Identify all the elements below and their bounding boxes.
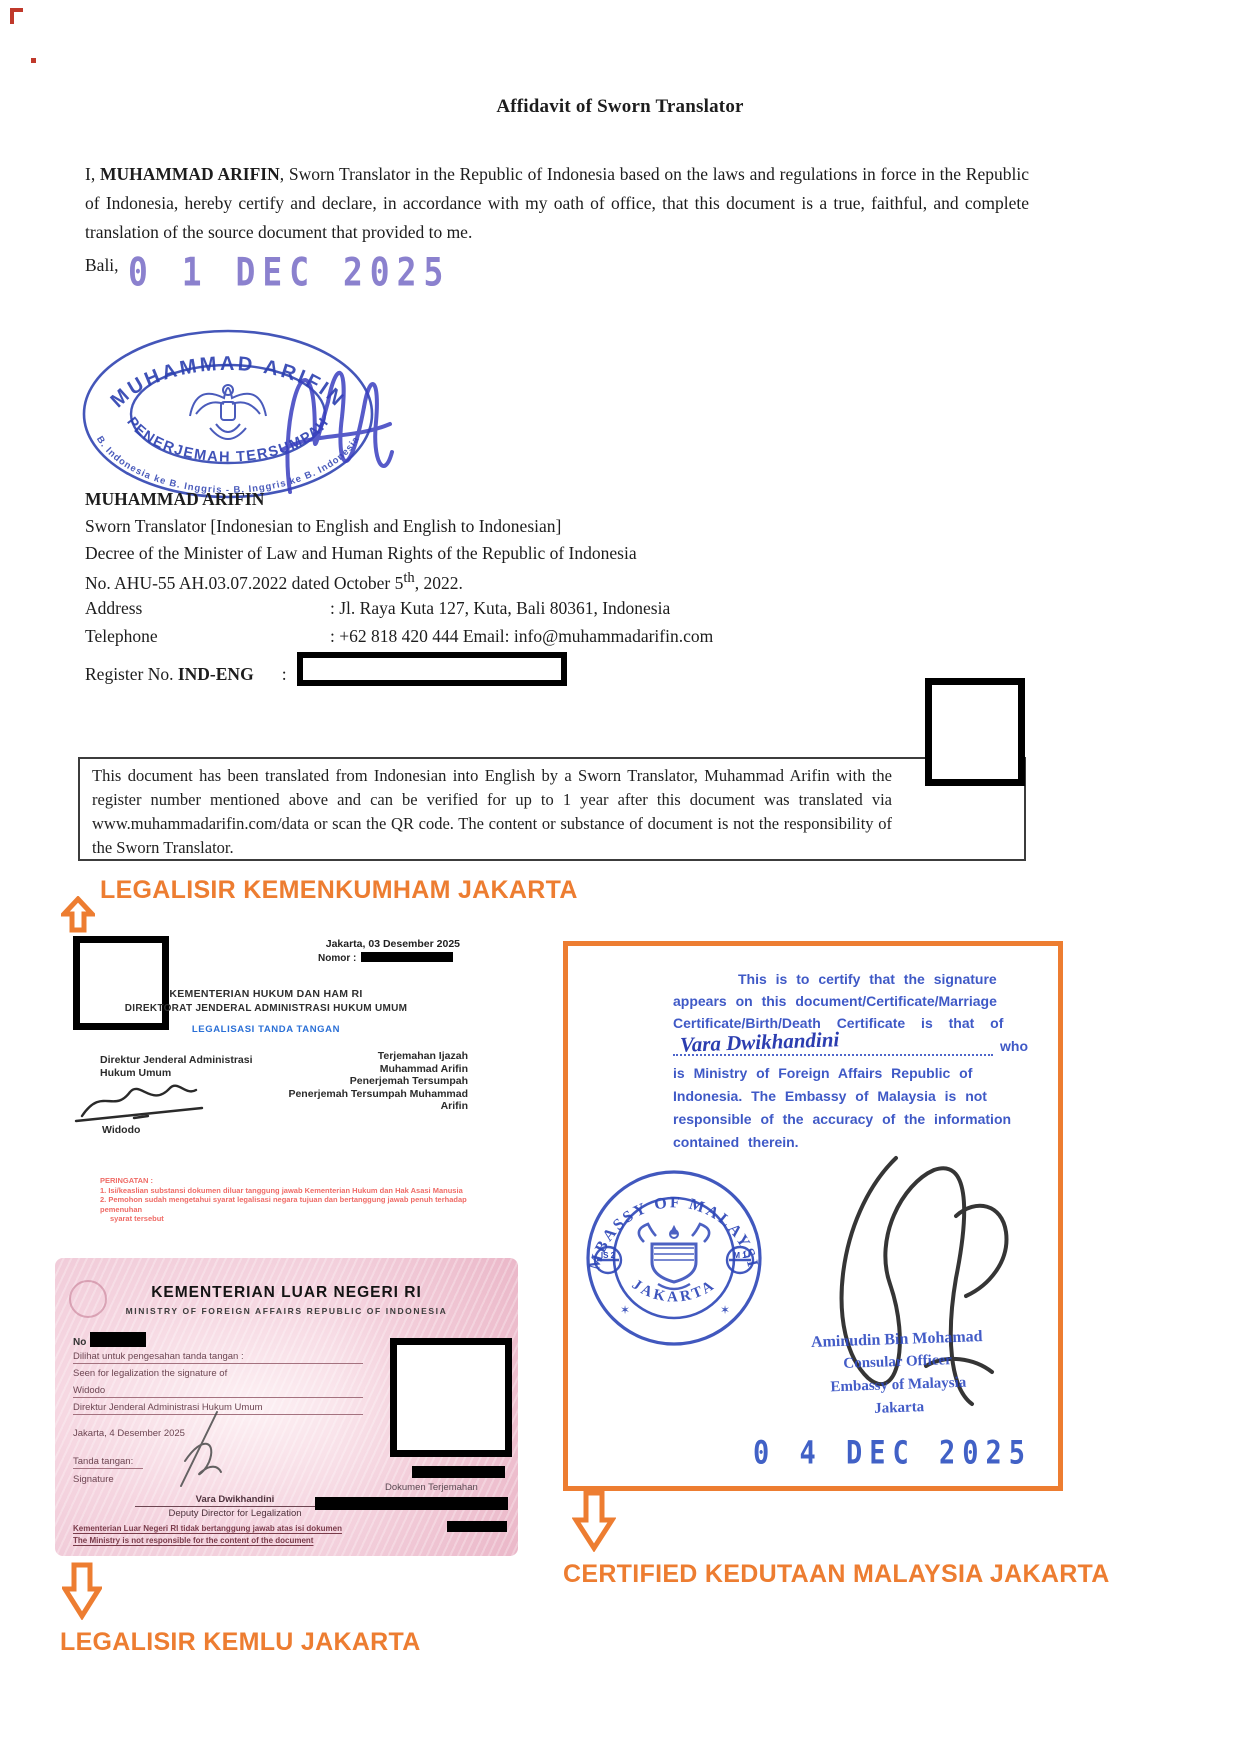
consular-officer-block: Aminudin Bin Mohamad Consular Officer Em… bbox=[756, 1323, 1039, 1425]
kemlu-footer-id: Kementerian Luar Negeri RI tidak bertang… bbox=[73, 1524, 342, 1533]
subject-party-lines: Terjemahan Ijazah Muhammad Arifin Penerj… bbox=[288, 1050, 468, 1113]
decree-line2: No. AHU-55 AH.03.07.2022 dated October 5… bbox=[85, 570, 1045, 594]
seen-line-en: Seen for legalization the signature of bbox=[73, 1368, 227, 1379]
garuda-emblem-icon bbox=[190, 385, 266, 439]
decree-sup: th bbox=[403, 570, 414, 586]
kemlu-no-redaction bbox=[90, 1332, 146, 1347]
qr-code-redaction bbox=[925, 678, 1025, 786]
subject-party-line: Penerjemah Tersumpah bbox=[288, 1075, 468, 1088]
address-row: Address: Jl. Raya Kuta 127, Kuta, Bali 8… bbox=[85, 598, 1045, 619]
register-label-bold: IND-ENG bbox=[178, 664, 254, 684]
signature-label-id: Tanda tangan: bbox=[73, 1456, 143, 1469]
svg-text:✶: ✶ bbox=[720, 1303, 730, 1317]
down-arrow-icon bbox=[62, 1562, 102, 1620]
kemenkumham-annotation-label: LEGALISIR KEMENKUMHAM JAKARTA bbox=[100, 876, 578, 905]
cert-line1: This is to certify that the signature bbox=[738, 971, 997, 987]
nomor-label: Nomor : bbox=[318, 953, 356, 964]
ministry-line2: DIREKTORAT JENDERAL ADMINISTRASI HUKUM U… bbox=[60, 1003, 472, 1014]
photo-redaction bbox=[390, 1338, 512, 1457]
warning-line1: 1. Isi/keaslian substansi dokumen diluar… bbox=[100, 1186, 468, 1196]
svg-text:✶: ✶ bbox=[620, 1303, 630, 1317]
malaysia-coat-of-arms-icon bbox=[639, 1224, 709, 1289]
declarant-name: MUHAMMAD ARIFIN bbox=[100, 164, 280, 184]
cert-line6: responsible of the accuracy of the infor… bbox=[673, 1111, 1011, 1127]
subject-party-line: Penerjemah Tersumpah Muhammad bbox=[288, 1088, 468, 1101]
place-label: Bali, bbox=[85, 255, 119, 276]
date-stamp-blue: 0 4 DEC 2025 bbox=[753, 1435, 1032, 1472]
address-label: Address bbox=[85, 598, 330, 619]
register-number-redaction bbox=[297, 652, 567, 686]
redaction-bar bbox=[412, 1466, 505, 1478]
who-word: who bbox=[1000, 1038, 1028, 1054]
kemlu-subtitle: MINISTRY OF FOREIGN AFFAIRS REPUBLIC OF … bbox=[55, 1306, 518, 1316]
kemenkumham-legalization-doc: Jakarta, 03 Desember 2025 Nomor : KEMENT… bbox=[60, 928, 472, 1253]
warning-line3: syarat tersebut bbox=[100, 1214, 468, 1224]
warning-block: PERINGATAN : 1. Isi/keaslian substansi d… bbox=[100, 1176, 468, 1224]
phone-value: : +62 818 420 444 Email: info@muhammadar… bbox=[330, 626, 713, 646]
date-stamp-purple: 0 1 DEC 2025 bbox=[128, 248, 450, 295]
affidavit-title: Affidavit of Sworn Translator bbox=[0, 96, 1240, 118]
scan-artifact bbox=[31, 58, 36, 63]
phone-row: Telephone: +62 818 420 444 Email: info@m… bbox=[85, 626, 1045, 647]
redaction-bar bbox=[315, 1497, 508, 1510]
kemlu-no-row: No bbox=[73, 1332, 146, 1348]
signature-label-en: Signature bbox=[73, 1474, 114, 1485]
kemenkumham-nomor-row: Nomor : bbox=[318, 952, 453, 964]
cert-line5: Indonesia. The Embassy of Malaysia is no… bbox=[673, 1088, 987, 1104]
qr-code-redaction bbox=[73, 936, 169, 1030]
cert-line2: appears on this document/Certificate/Mar… bbox=[673, 993, 997, 1009]
nomor-redaction bbox=[361, 952, 453, 962]
malaysia-annotation-label: CERTIFIED KEDUTAAN MALAYSIA JAKARTA bbox=[563, 1560, 1110, 1589]
embassy-of-malaysia-round-stamp: IS 2 M 1 EMBASSY OF MALAYSIA JAKARTA ✶ ✶ bbox=[584, 1168, 764, 1348]
dotted-line bbox=[673, 1042, 993, 1056]
verification-disclaimer-box: This document has been translated from I… bbox=[78, 757, 1026, 861]
affidavit-body-prefix: I, bbox=[85, 164, 100, 184]
official-title-line1: Direktur Jenderal Administrasi bbox=[100, 1054, 253, 1067]
seen-line-id: Dilihat untuk pengesahan tanda tangan : bbox=[73, 1351, 363, 1364]
decree-line1: Decree of the Minister of Law and Human … bbox=[85, 543, 1045, 564]
redaction-bar bbox=[447, 1521, 507, 1532]
kemenkumham-date: Jakarta, 03 Desember 2025 bbox=[300, 938, 460, 950]
kemlu-legalization-sticker: KEMENTERIAN LUAR NEGERI RI MINISTRY OF F… bbox=[55, 1258, 518, 1556]
register-label-prefix: Register No. bbox=[85, 664, 178, 684]
ministry-line1: KEMENTERIAN HUKUM DAN HAM RI bbox=[60, 988, 472, 1000]
decree-line2-suffix: , 2022. bbox=[415, 573, 463, 593]
register-label: Register No. IND-ENG bbox=[85, 664, 254, 684]
official-name: Widodo bbox=[102, 1124, 140, 1136]
translator-signature bbox=[272, 332, 402, 502]
phone-label: Telephone bbox=[85, 626, 330, 647]
warning-line2: 2. Pemohon sudah mengetahui syarat legal… bbox=[100, 1195, 468, 1214]
legalization-subject: LEGALISASI TANDA TANGAN bbox=[60, 1024, 472, 1035]
warning-title: PERINGATAN : bbox=[100, 1176, 468, 1186]
translator-role: Sworn Translator [Indonesian to English … bbox=[85, 516, 1045, 537]
register-row: Register No. IND-ENG: bbox=[85, 652, 1045, 686]
subject-party-line: Muhammad Arifin bbox=[288, 1063, 468, 1076]
kemlu-annotation-label: LEGALISIR KEMLU JAKARTA bbox=[60, 1628, 421, 1657]
legalized-name: Widodo bbox=[73, 1385, 363, 1398]
register-colon: : bbox=[282, 664, 287, 684]
scanned-document-page: Affidavit of Sworn Translator I, MUHAMMA… bbox=[0, 0, 1240, 1753]
malaysia-embassy-certification-box: This is to certify that the signature ap… bbox=[563, 941, 1063, 1491]
subject-party-line: Terjemahan Ijazah bbox=[288, 1050, 468, 1063]
kemlu-title: KEMENTERIAN LUAR NEGERI RI bbox=[55, 1284, 518, 1302]
doc-type: Dokumen Terjemahan bbox=[385, 1482, 478, 1493]
kemlu-footer-en: The Ministry is not responsible for the … bbox=[73, 1536, 313, 1545]
widodo-signature bbox=[74, 1074, 224, 1124]
decree-line2-prefix: No. AHU-55 AH.03.07.2022 dated October 5 bbox=[85, 573, 403, 593]
cert-line7: contained therein. bbox=[673, 1134, 799, 1150]
kemlu-no-label: No bbox=[73, 1337, 86, 1348]
translator-name: MUHAMMAD ARIFIN bbox=[85, 489, 1045, 510]
subject-party-line: Arifin bbox=[288, 1100, 468, 1113]
address-value: : Jl. Raya Kuta 127, Kuta, Bali 80361, I… bbox=[330, 598, 670, 618]
affidavit-body: I, MUHAMMAD ARIFIN, Sworn Translator in … bbox=[85, 160, 1029, 247]
down-arrow-icon bbox=[572, 1490, 616, 1552]
kemlu-officer-name: Vara Dwikhandini bbox=[135, 1494, 335, 1507]
verification-disclaimer-text: This document has been translated from I… bbox=[92, 764, 892, 860]
cert-line4: is Ministry of Foreign Affairs Republic … bbox=[673, 1065, 972, 1081]
kemlu-officer-signature bbox=[155, 1406, 245, 1496]
scan-artifact bbox=[10, 12, 14, 24]
